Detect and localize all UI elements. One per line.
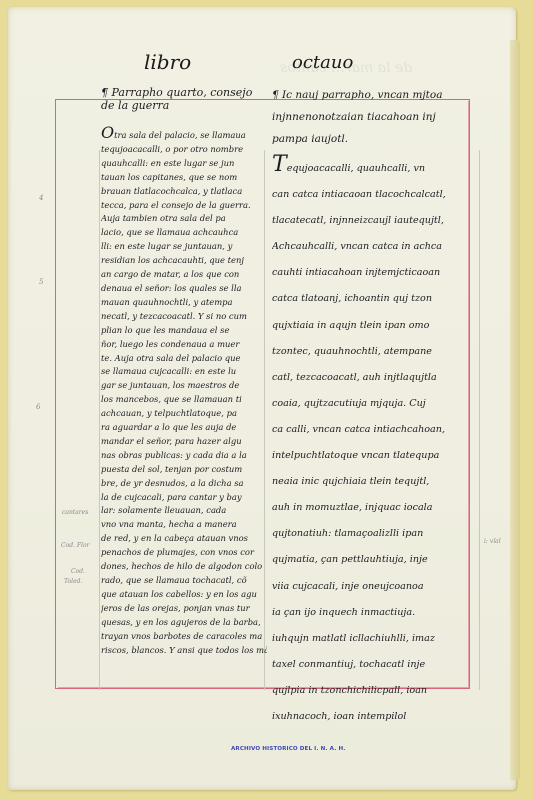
spanish-section-title: ¶ Parrapho quarto, consejo de la guerra [101, 86, 267, 112]
text-line: ixuhnacoch, ioan intempilol [272, 704, 468, 730]
text-line: cauhti intiacahoan injtemjcticaoan [272, 260, 468, 286]
text-line: catl, tezcacoacatl, auh injtlaqujtla [272, 365, 468, 391]
text-line: auh in momuztlae, injquac iocala [272, 495, 468, 521]
text-line: ra aguardar a lo que les auja de [101, 421, 267, 435]
drop-capital: O [101, 126, 114, 142]
text-line: vno vna manta, hecha a manera [101, 518, 267, 532]
text-line: Tequjoacacalli, quauhcalli, vn [272, 152, 468, 182]
text-line: se llamaua cujcacalli: en este lu [101, 365, 267, 379]
text-line: taxel conmantiuj, tochacatl inje [272, 652, 468, 678]
text-line: plian lo que les mandaua el se [101, 324, 267, 338]
text-line: rado, que se llamaua tochacatl, cõ [101, 574, 267, 588]
left-column-rule [99, 150, 100, 690]
margin-note-cod-flor: Cod. Flor [61, 542, 89, 549]
text-line: Auja tambien otra sala del pa [101, 212, 267, 226]
text-line: denaua el señor: los quales se lla [101, 282, 267, 296]
text-line: an cargo de matar, a los que con [101, 268, 267, 282]
text-line: coaia, qujtzacutiuja mjquja. Cuj [272, 391, 468, 417]
text-line: lar: solamente lleuauan, cada [101, 504, 267, 518]
text-line: ia çan ijo inquech inmactiuja. [272, 600, 468, 626]
text-line-rest: tra sala del palacio, se llamaua [114, 130, 246, 140]
text-line: de red, y en la cabeça atauan vnos [101, 532, 267, 546]
text-line: bre, de yr desnudos, a la dicha sa [101, 477, 267, 491]
page-heading-libro: libro [144, 50, 191, 74]
text-line: que atauan los cabellos: y en los agu [101, 588, 267, 602]
text-line: jeros de las orejas, ponjan vnas tur [101, 602, 267, 616]
text-line: qujmatia, çan pettlauhtiuja, inje [272, 547, 468, 573]
margin-note-number: 5 [39, 278, 43, 286]
margin-note-number: 4 [39, 194, 43, 202]
text-line: tequjoacacalli, o por otro nombre [101, 143, 267, 157]
text-line: mauan quauhnochtli, y atempa [101, 296, 267, 310]
subtitle-line: ¶ Ic nauj parrapho, vncan mjtoa [272, 84, 468, 106]
text-line: catca tlatoanj, ichoantin quj tzon [272, 286, 468, 312]
text-line: intelpuchtlatoque vncan tlatequpa [272, 443, 468, 469]
text-line: achcauan, y telpuchtlatoque, pa [101, 407, 267, 421]
nahuatl-text-lines: Tequjoacacalli, quauhcalli, vncan catca … [272, 152, 468, 730]
text-line: trayan vnos barbotes de caracoles ma [101, 630, 267, 644]
text-line: tlacatecatl, injnneizcaujl iautequjtl, [272, 208, 468, 234]
text-line: ñor, luego les condenaua a muer [101, 338, 267, 352]
drop-capital: T [272, 152, 287, 177]
text-line: los mancebos, que se llamauan ti [101, 393, 267, 407]
text-line: lli: en este lugar se juntauan, y [101, 240, 267, 254]
text-line: viia cujcacali, inje oneujcoanoa [272, 574, 468, 600]
text-line: mandar el señor, para hazer algu [101, 435, 267, 449]
text-line: tzontec, quauhnochtli, atempane [272, 339, 468, 365]
subtitle-line: de la guerra [101, 99, 267, 112]
text-line: te. Auja otra sala del palacio que [101, 352, 267, 366]
text-line: qujlpia in tzonchichilicpall, ioan [272, 678, 468, 704]
nahuatl-section-title: ¶ Ic nauj parrapho, vncan mjtoa injnneno… [272, 84, 468, 150]
text-line: puesta del sol, tenjan por costum [101, 463, 267, 477]
page-edge [510, 40, 520, 780]
text-line: quesas, y en los agujeros de la barba, [101, 616, 267, 630]
page-heading-octauo: octauo [292, 52, 353, 73]
margin-note-cod-toled: Cod. [71, 568, 85, 575]
text-line: qujtonatiuh: tlamaçoalizlli ipan [272, 521, 468, 547]
text-line: la de cujcacali, para cantar y bay [101, 491, 267, 505]
text-line: lacio, que se llamaua achcauhca [101, 226, 267, 240]
text-line: necatl, y tezcacoacatl. Y si no cum [101, 310, 267, 324]
text-line: penachos de plumajes, con vnos cor [101, 546, 267, 560]
text-line: qujxtiaia in aqujn tlein ipan omo [272, 313, 468, 339]
text-line: tecca, para el consejo de la guerra. [101, 199, 267, 213]
subtitle-line: injnnenonotzaian tiacahoan inj [272, 106, 468, 128]
text-line: ca calli, vncan catca intiachcahoan, [272, 417, 468, 443]
subtitle-line: pampa iaujotl. [272, 128, 468, 150]
text-line: quauhcalli: en este lugar se jun [101, 157, 267, 171]
archive-stamp: ARCHIVO HISTORICO DEL I. N. A. H. [231, 746, 346, 752]
text-line: tauan los capitanes, que se nom [101, 171, 267, 185]
text-line: dones, hechos de hilo de algodon colo [101, 560, 267, 574]
text-line: iuhqujn matlatl icllachiuhlli, imaz [272, 626, 468, 652]
nahuatl-text-column: ¶ Ic nauj parrapho, vncan mjtoa injnneno… [272, 84, 468, 730]
text-line: neaia inic qujchiaia tlein tequjtl, [272, 469, 468, 495]
margin-note-number: 6 [36, 403, 40, 411]
margin-note-right: i: vïal [484, 538, 501, 545]
margin-note-cantares: cantares [62, 509, 88, 516]
text-line: nas obras publicas: y cada dia a la [101, 449, 267, 463]
text-line: Achcauhcalli, vncan catca in achca [272, 234, 468, 260]
right-column-rule [479, 150, 480, 690]
text-line: can catca intiacaoan tlacochcalcatl, [272, 182, 468, 208]
margin-note-cod-toled: Toled. [64, 578, 82, 585]
text-line: riscos, blancos. Y ansi que todos los mã [101, 644, 267, 658]
spanish-text-column: ¶ Parrapho quarto, consejo de la guerra … [101, 86, 267, 657]
text-line: brauan tlatlacochcalca, y tlatlaca [101, 185, 267, 199]
subtitle-line: ¶ Parrapho quarto, consejo [101, 86, 267, 99]
spanish-text-lines: Otra sala del palacio, se llamauatequjoa… [101, 126, 267, 657]
text-line: gar se juntauan, los maestros de [101, 379, 267, 393]
text-line: residian los achcacauhti, que tenj [101, 254, 267, 268]
text-line-rest: equjoacacalli, quauhcalli, vn [287, 163, 425, 174]
text-line: Otra sala del palacio, se llamaua [101, 126, 267, 143]
